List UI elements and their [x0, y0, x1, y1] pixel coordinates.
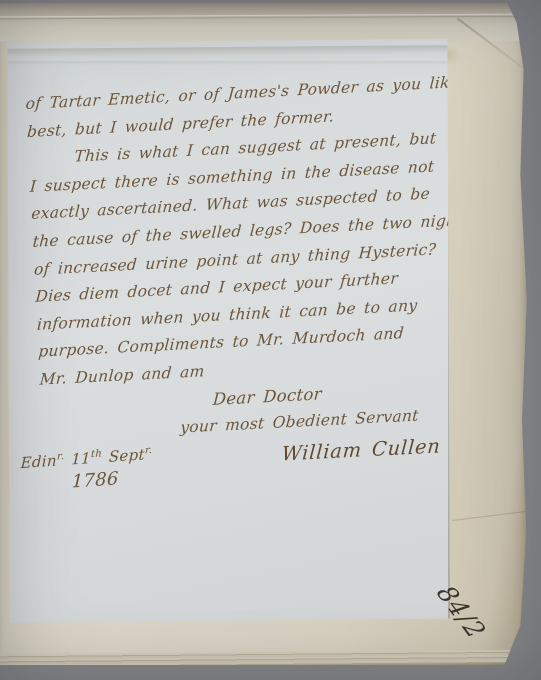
letter-fold-crease: [7, 45, 450, 58]
letter-photograph: of Tartar Emetic, or of James's Powder a…: [0, 0, 541, 680]
letter-body: of Tartar Emetic, or of James's Powder a…: [25, 70, 462, 480]
paper-crease: [452, 510, 534, 521]
dateline-place: Edin: [20, 451, 57, 472]
letter-page: of Tartar Emetic, or of James's Powder a…: [6, 39, 450, 623]
page-stack-edge: [0, 650, 531, 668]
dateline-year: 1786: [71, 466, 151, 493]
signature: William Cullen: [281, 431, 463, 468]
dateline-day: 11: [71, 449, 91, 468]
volume-top-edge: [0, 3, 531, 41]
dateline-month: Sept: [109, 445, 146, 466]
letter-fold-crease: [7, 61, 450, 65]
dateline: Edinr.11thSeptr. 1786: [20, 445, 153, 496]
manuscript-volume: of Tartar Emetic, or of James's Powder a…: [0, 3, 531, 665]
top-edge-crease: [0, 14, 531, 20]
